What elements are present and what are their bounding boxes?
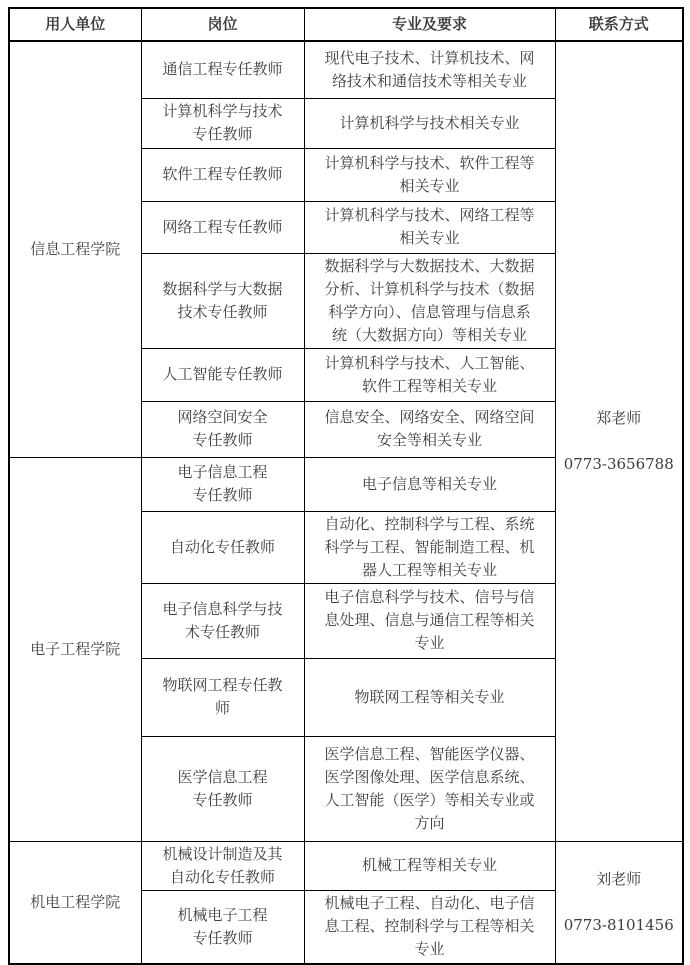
header-position: 岗位 (141, 8, 304, 41)
requirement-cell: 现代电子技术、计算机技术、网 络技术和通信技术等相关专业 (304, 41, 555, 98)
position-cell: 医学信息工程 专任教师 (141, 736, 304, 841)
header-row: 用人单位 岗位 专业及要求 联系方式 (9, 8, 683, 41)
position-cell: 网络空间安全 专任教师 (141, 401, 304, 457)
header-contact: 联系方式 (555, 8, 683, 41)
position-cell: 物联网工程专任教 师 (141, 658, 304, 736)
position-cell: 电子信息工程 专任教师 (141, 457, 304, 511)
position-cell: 电子信息科学与技 术专任教师 (141, 583, 304, 658)
requirement-cell: 计算机科学与技术、人工智能、 软件工程等相关专业 (304, 348, 555, 401)
header-requirement: 专业及要求 (304, 8, 555, 41)
requirement-cell: 计算机科学与技术、软件工程等 相关专业 (304, 148, 555, 201)
header-employer: 用人单位 (9, 8, 141, 41)
requirement-cell: 电子信息科学与技术、信号与信 息处理、信息与通信工程等相关 专业 (304, 583, 555, 658)
recruitment-table: 用人单位 岗位 专业及要求 联系方式 信息工程学院 通信工程专任教师 现代电子技… (8, 7, 684, 965)
position-cell: 网络工程专任教师 (141, 201, 304, 253)
employer-cell: 机电工程学院 (9, 841, 141, 964)
requirement-cell: 计算机科学与技术、网络工程等 相关专业 (304, 201, 555, 253)
contact-name: 郑老师 (562, 407, 677, 430)
requirement-cell: 电子信息等相关专业 (304, 457, 555, 511)
requirement-cell: 医学信息工程、智能医学仪器、 医学图像处理、医学信息系统、 人工智能（医学）等相… (304, 736, 555, 841)
contact-cell: 郑老师 0773-3656788 (555, 41, 683, 841)
position-cell: 通信工程专任教师 (141, 41, 304, 98)
requirement-cell: 数据科学与大数据技术、大数据 分析、计算机科学与技术（数据 科学方向）、信息管理… (304, 253, 555, 348)
contact-name: 刘老师 (562, 868, 677, 891)
position-cell: 计算机科学与技术 专任教师 (141, 98, 304, 148)
table-row: 信息工程学院 通信工程专任教师 现代电子技术、计算机技术、网 络技术和通信技术等… (9, 41, 683, 98)
page: 用人单位 岗位 专业及要求 联系方式 信息工程学院 通信工程专任教师 现代电子技… (0, 0, 690, 965)
position-cell: 机械电子工程 专任教师 (141, 890, 304, 964)
requirement-cell: 物联网工程等相关专业 (304, 658, 555, 736)
requirement-cell: 机械工程等相关专业 (304, 841, 555, 890)
requirement-cell: 自动化、控制科学与工程、系统 科学与工程、智能制造工程、机 器人工程等相关专业 (304, 511, 555, 583)
position-cell: 自动化专任教师 (141, 511, 304, 583)
requirement-cell: 计算机科学与技术相关专业 (304, 98, 555, 148)
contact-phone: 0773-8101456 (562, 914, 677, 937)
employer-cell: 电子工程学院 (9, 457, 141, 841)
position-cell: 人工智能专任教师 (141, 348, 304, 401)
requirement-cell: 信息安全、网络安全、网络空间 安全等相关专业 (304, 401, 555, 457)
requirement-cell: 机械电子工程、自动化、电子信 息工程、控制科学与工程等相关 专业 (304, 890, 555, 964)
employer-cell: 信息工程学院 (9, 41, 141, 457)
position-cell: 机械设计制造及其 自动化专任教师 (141, 841, 304, 890)
table-row: 机电工程学院 机械设计制造及其 自动化专任教师 机械工程等相关专业 刘老师 07… (9, 841, 683, 890)
position-cell: 数据科学与大数据 技术专任教师 (141, 253, 304, 348)
contact-phone: 0773-3656788 (562, 453, 677, 476)
position-cell: 软件工程专任教师 (141, 148, 304, 201)
contact-cell: 刘老师 0773-8101456 (555, 841, 683, 964)
